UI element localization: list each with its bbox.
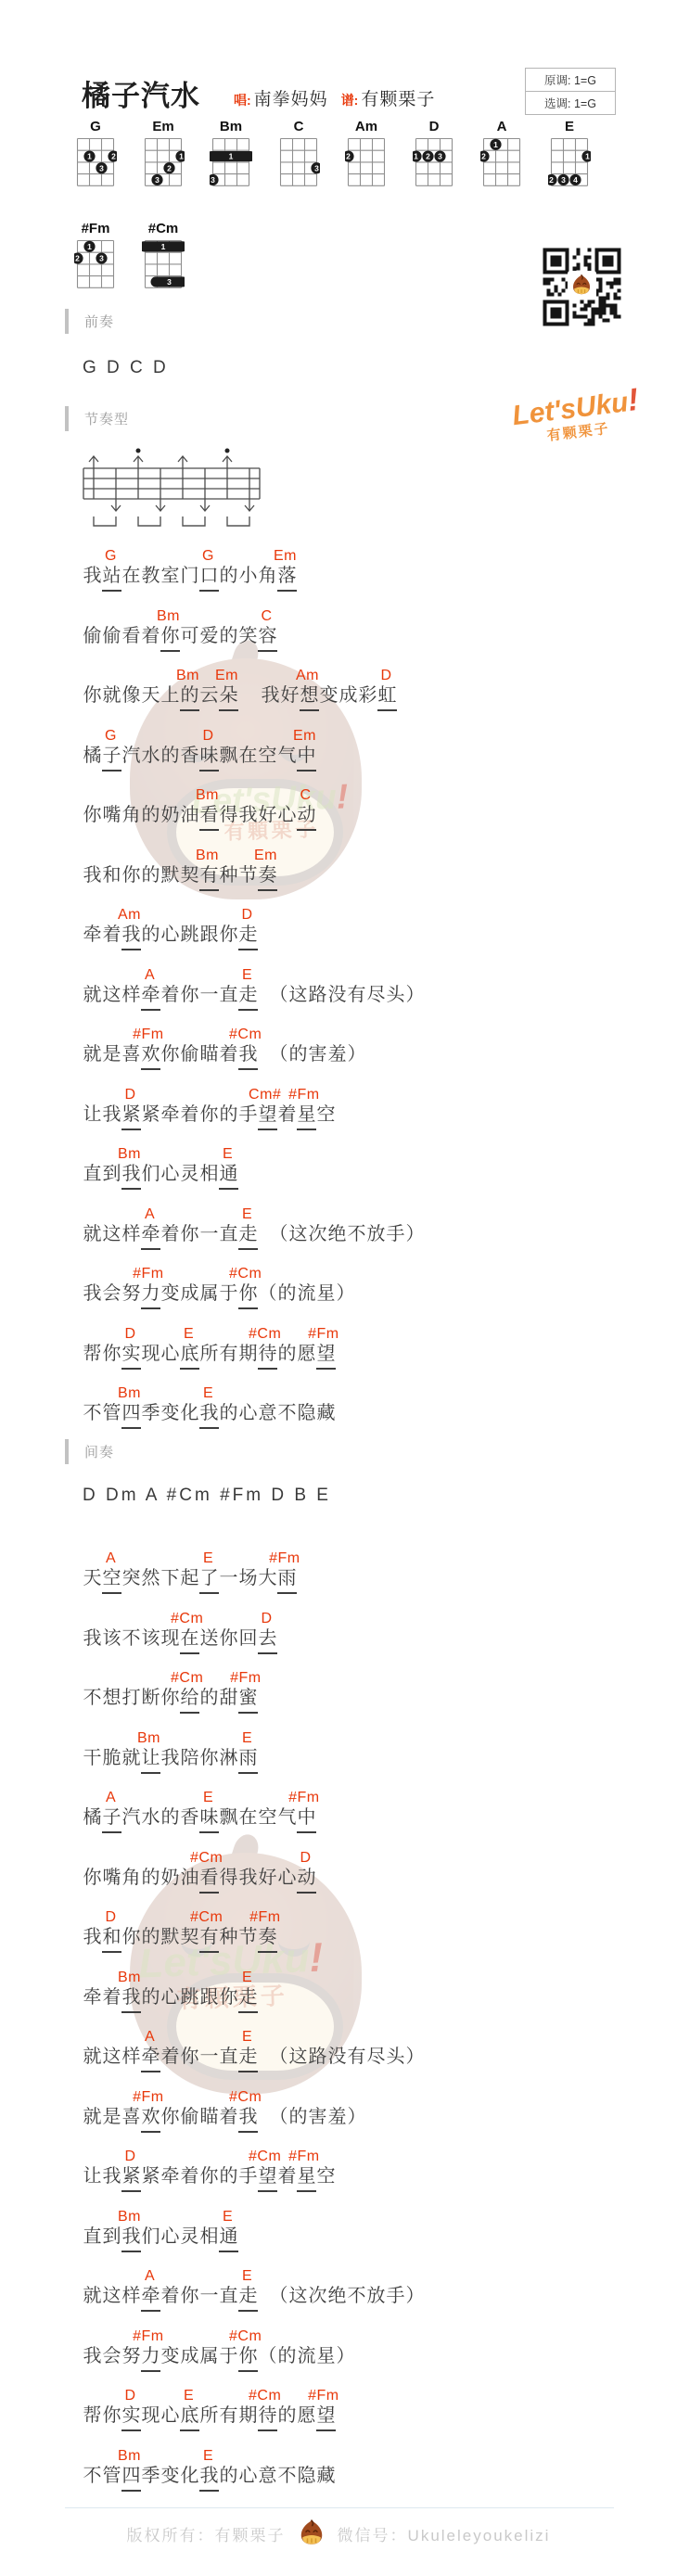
section-intro: 前奏 (65, 309, 114, 334)
lyric-char: 回 (238, 1627, 258, 1654)
section-bar (65, 406, 69, 431)
chord-label: G (105, 545, 117, 567)
lyric-char: 望#Fm (316, 1343, 336, 1370)
lyric-char: 味E (199, 1806, 219, 1833)
lyric-char: 路 (308, 984, 327, 1011)
lyric-line: 我站G在教室门口G的小角落Em (83, 542, 639, 603)
lyric-char: 的 (277, 1282, 297, 1309)
chord-label: Em (254, 845, 277, 867)
lyric-char: 藏 (316, 2465, 336, 2492)
lyric-char: 不 (83, 1687, 102, 1714)
lyric-char: 牵A (141, 984, 160, 1011)
lyric-line: 你就像天上的Bm云朵Em 我好想Am变成彩虹D (83, 662, 639, 722)
lyric-char: （ (269, 2285, 288, 2312)
lyric-char: 就 (83, 984, 102, 1011)
chord-label: Am (118, 904, 141, 926)
lyric-char: 门 (180, 565, 199, 592)
lyric-char: 有 (347, 2046, 366, 2072)
lyric-char: 在 (121, 565, 141, 592)
lyric-char: 你 (160, 2106, 180, 2133)
lyric-char: 让Bm (141, 1747, 160, 1774)
lyric-char: ） (336, 2345, 355, 2372)
lyric-char: 的 (141, 1926, 160, 1953)
svg-text:2: 2 (549, 175, 554, 185)
lyric-char: 我 (261, 684, 280, 711)
lyric-char: 气 (277, 745, 297, 772)
lyric-char: 油 (180, 804, 199, 831)
svg-text:2: 2 (346, 152, 351, 161)
lyric-char: 底E (180, 1343, 199, 1370)
chord-label: #Fm (288, 2146, 320, 2168)
lyric-char: 实D (121, 2404, 141, 2431)
lyric-char: 得 (219, 804, 238, 831)
lyric-char: 的 (141, 1986, 160, 2013)
lyric-char: 着 (219, 1043, 238, 1070)
lyric-char: 到 (102, 2225, 121, 2252)
lyric-char: 的 (141, 804, 160, 831)
chord-label: E (223, 2206, 233, 2228)
lyric-text: 橘子G汽水的香味D飘在空气中Em (83, 745, 316, 772)
lyric-char: 的 (288, 2106, 308, 2133)
lyric-char: 我 (83, 1627, 102, 1654)
lyric-char: 走E (238, 1986, 258, 2013)
lyric-text: 不管四Bm季变化我E的心意不隐藏 (83, 1402, 336, 1429)
lyric-char: 着 (160, 984, 180, 1011)
chord-name: E (548, 119, 591, 134)
lyric-char: 我 (238, 804, 258, 831)
lyric-char: 奏#Fm (258, 1926, 277, 1953)
lyric-char: 子A (102, 1806, 121, 1833)
lyric-char: 害 (308, 1043, 327, 1070)
lyric-line: 不管四Bm季变化我E的心意不隐藏 (83, 1380, 639, 1440)
lyric-text: 不管四Bm季变化我E的心意不隐藏 (83, 2465, 336, 2492)
lyric-char: 望#Cm (258, 2165, 277, 2192)
lyric-char: 着 (160, 2285, 180, 2312)
lyric-char: 我#Cm (238, 1043, 258, 1070)
lyric-char: 你Bm (160, 625, 180, 652)
lyric-char: 这 (102, 2285, 121, 2312)
lyric-text: 你就像天上的Bm云朵Em 我好想Am变成彩虹D (83, 684, 397, 711)
section-bar (65, 309, 69, 334)
lyric-char: （ (269, 1043, 288, 1070)
lyric-line: 就这样牵A着你一直走E （这路没有尽头） (83, 2023, 639, 2084)
lyric-char: 羞 (327, 1043, 347, 1070)
chord-label: D (381, 665, 392, 687)
lyric-char: 空 (316, 2165, 336, 2192)
lyric-char: 星#Fm (297, 2165, 316, 2192)
lyric-char: 我 (83, 1926, 102, 1953)
lyric-char: 成 (338, 684, 358, 711)
lyric-char: 帮 (83, 2404, 102, 2431)
lyric-char: 着 (160, 1223, 180, 1250)
lyric-char: 一 (199, 2046, 219, 2072)
lyric-char: 我 (83, 864, 102, 891)
lyric-char: 期 (238, 2404, 258, 2431)
chord-grid: 123 (74, 236, 117, 291)
lyrics-verse-1: 我站G在教室门口G的小角落Em偷偷看着你Bm可爱的笑容C你就像天上的Bm云朵Em… (83, 542, 639, 1440)
lyric-char: 着 (160, 2046, 180, 2072)
wechat-id: 微信号：Ukuleleyoukelizi (338, 2522, 551, 2545)
lyric-char: 天 (141, 684, 160, 711)
lyric-char: 实D (121, 1343, 141, 1370)
lyric-line: 直到我Bm们心灵相通E (83, 1141, 639, 1201)
lyric-char: （ (269, 2106, 288, 2133)
chord-label: D (125, 1323, 136, 1345)
lyric-char: 通E (219, 2225, 238, 2252)
qr-code (543, 248, 621, 326)
chord-label: E (203, 1787, 213, 1809)
interlude-chords: D Dm A #Cm #Fm D B E (83, 1486, 331, 1506)
lyric-char: 的 (277, 2404, 297, 2431)
lyric-char: 蜜#Fm (238, 1687, 258, 1714)
lyric-char: 星 (316, 2345, 336, 2372)
lyric-char: 跟 (199, 924, 219, 950)
chord-diagram-A: A12 (480, 119, 523, 194)
lyric-char: 次 (308, 1223, 327, 1250)
svg-text:2: 2 (481, 152, 486, 161)
lyric-char: 你 (180, 2046, 199, 2072)
lyric-char: 是 (102, 1043, 121, 1070)
lyric-char: 偷 (102, 625, 121, 652)
lyric-char: 管 (102, 2465, 121, 2492)
lyric-text: 帮你实D现心底E所有期待#Cm的愿望#Fm (83, 2404, 336, 2431)
lyric-text: 我和你的默契有Bm种节奏Em (83, 864, 277, 891)
lyric-char: 直 (219, 2046, 238, 2072)
chord-label: #Fm (308, 2385, 339, 2407)
lyric-char: 有Bm (199, 864, 219, 891)
lyric-char: 牵A (141, 1223, 160, 1250)
lyric-char: 室 (160, 565, 180, 592)
lyric-char: 汽 (121, 1806, 141, 1833)
chord-label: A (145, 2026, 155, 2048)
lyric-char: 直 (219, 984, 238, 1011)
lyric-text: 我会努力#Fm变成属于你#Cm（的流星） (83, 2345, 355, 2372)
chord-label: D (106, 1906, 117, 1929)
lyric-char: 小 (238, 565, 258, 592)
lyric-char: 力#Fm (141, 2345, 160, 2372)
lyric-char: 样 (121, 1223, 141, 1250)
lyric-char: 动C (297, 804, 316, 831)
lyric-char: 着 (219, 2106, 238, 2133)
chord-diagram-Am: Am2 (345, 119, 388, 194)
copyright-text: 版权所有：有颗栗子 (127, 2522, 286, 2545)
lyric-char: 的 (141, 1867, 160, 1894)
chord-label: #Fm (133, 1263, 164, 1285)
lyric-line: 直到我Bm们心灵相通E (83, 2203, 639, 2264)
lyric-char: 化 (180, 2465, 199, 2492)
lyric-char: 的 (219, 1103, 238, 1130)
lyric-char: 就 (83, 1043, 102, 1070)
chord-label: Bm (118, 2445, 141, 2468)
lyric-char: 你 (219, 924, 238, 950)
lyric-char: 你 (199, 1747, 219, 1774)
lyric-char: 管 (102, 1402, 121, 1429)
lyric-text: 牵着我Bm的心跳跟你走E (83, 1986, 258, 2013)
lyric-char: 的 (277, 1343, 297, 1370)
lyric-char: 努 (121, 2345, 141, 2372)
lyric-char: 看 (121, 625, 141, 652)
lyric-char: 心 (238, 1402, 258, 1429)
chord-name: D (413, 119, 455, 134)
lyric-char: 牵 (160, 2165, 180, 2192)
lyric-text: 让我紧D紧牵着你的手望Cm#着星#Fm空 (83, 1103, 336, 1130)
lyric-char: 飘 (219, 745, 238, 772)
lyric-char: 不 (277, 2465, 297, 2492)
chord-name: A (480, 119, 523, 134)
lyric-char: 这 (288, 984, 308, 1011)
lyric-char: 心 (160, 924, 180, 950)
svg-text:1: 1 (585, 152, 590, 161)
lyric-char: 着 (180, 1103, 199, 1130)
lyric-char: 直 (83, 1163, 102, 1190)
lyric-char: 打 (121, 1687, 141, 1714)
chord-label: #Fm (230, 1667, 262, 1690)
lyric-line: 你嘴角的奶油看#Cm得我好心动D (83, 1844, 639, 1905)
chord-label: Em (293, 725, 316, 747)
lyric-char: 口G (199, 565, 219, 592)
svg-text:3: 3 (167, 277, 172, 287)
section-interlude: 间奏 (65, 1439, 114, 1464)
lyric-char: 断 (141, 1687, 160, 1714)
lyric-char: 在 (238, 745, 258, 772)
lyric-char: 天 (83, 1567, 102, 1594)
lyric-char: 油 (180, 1867, 199, 1894)
lyric-char: 喜 (121, 2106, 141, 2133)
lyric-char: 意 (258, 1402, 277, 1429)
lyric-char: 我E (199, 1402, 219, 1429)
lyric-char: 默 (160, 864, 180, 891)
lyric-char: 望#Fm (316, 2404, 336, 2431)
lyric-char: 现 (160, 1627, 180, 1654)
lyric-char (258, 2106, 269, 2133)
lyric-char: 样 (121, 984, 141, 1011)
lyric-char: 橘 (83, 1806, 102, 1833)
lyric-char: 不 (347, 2285, 366, 2312)
chestnut-icon (298, 2519, 326, 2546)
singer-name: 南拳妈妈 (254, 85, 328, 110)
lyric-char: 变 (319, 684, 338, 711)
chord-label: #Fm (288, 1787, 320, 1809)
lyric-char: 尽 (366, 984, 386, 1011)
lyric-char: 所 (199, 2404, 219, 2431)
chord-label: D (203, 725, 214, 747)
lyric-char: 突 (121, 1567, 141, 1594)
chord-label: #Fm (133, 1024, 164, 1046)
selected-key: 选调: 1=G (526, 91, 615, 114)
lyric-char: 默 (160, 1926, 180, 1953)
lyric-char (238, 684, 249, 711)
lyric-char: 这 (102, 1223, 121, 1250)
lyric-char: 奏Em (258, 864, 277, 891)
lyric-char: 和D (102, 1926, 121, 1953)
section-rhythm-label: 节奏型 (84, 409, 129, 428)
section-bar (65, 1439, 69, 1464)
lyric-char: ） (405, 2046, 425, 2072)
lyric-char: 会 (102, 2345, 121, 2372)
lyric-char: 一 (199, 2285, 219, 2312)
lyric-char: 就 (83, 1223, 102, 1250)
chord-grid: 3 (277, 134, 320, 189)
chord-label: A (106, 1787, 116, 1809)
lyric-char: 的 (288, 1043, 308, 1070)
lyric-char: 季 (141, 1402, 160, 1429)
lyric-char: 手 (238, 2165, 258, 2192)
lyric-char: 走E (238, 1223, 258, 1250)
lyric-char: 你 (199, 2165, 219, 2192)
lyric-char: 望Cm# (258, 1103, 277, 1130)
lyric-line: 牵着我Bm的心跳跟你走E (83, 1964, 639, 2024)
lyric-line: 就是喜欢#Fm你偷瞄着我#Cm （的害羞） (83, 1021, 639, 1081)
section-rhythm: 节奏型 (65, 406, 129, 431)
lyric-char: 香 (180, 1806, 199, 1833)
lyric-char: 种 (219, 864, 238, 891)
lyric-char: 的 (199, 1687, 219, 1714)
lyric-line: 你嘴角的奶油看Bm得我好心动C (83, 782, 639, 842)
lyric-char: 不 (121, 1627, 141, 1654)
section-interlude-label: 间奏 (84, 1442, 114, 1461)
lyric-char: 空 (258, 745, 277, 772)
lyric-line: 不想打断你给#Cm的甜蜜#Fm (83, 1664, 639, 1725)
lyric-char: 你 (121, 1926, 141, 1953)
lyric-text: 偷偷看着你Bm可爱的笑容C (83, 625, 277, 652)
chord-label: Em (274, 545, 297, 567)
lyric-char: 让 (83, 1103, 102, 1130)
lyric-char: 我Am (121, 924, 141, 950)
lyric-char: 站G (102, 565, 121, 592)
lyric-char: 看#Cm (199, 1867, 219, 1894)
lyric-char: 相 (199, 2225, 219, 2252)
lyric-line: 就这样牵A着你一直走E （这路没有尽头） (83, 962, 639, 1022)
lyric-char: 直 (219, 2285, 238, 2312)
chord-diagram-E: E1234 (548, 119, 591, 194)
lyric-char: 爱 (199, 625, 219, 652)
lyric-char: 看Bm (199, 804, 219, 831)
lyric-char: 瞄 (199, 2106, 219, 2133)
chestnut-icon (570, 274, 593, 296)
lyric-char: 化 (180, 1402, 199, 1429)
lyric-char: 成 (180, 1282, 199, 1309)
chord-label: G (105, 725, 117, 747)
lyric-char: 次 (308, 2285, 327, 2312)
lyric-char: 心 (160, 1343, 180, 1370)
lyric-line: 我会努力#Fm变成属于你#Cm（的流星） (83, 1260, 639, 1320)
lyric-char: 着 (277, 1103, 297, 1130)
lyric-char: 香 (180, 745, 199, 772)
svg-text:1: 1 (179, 152, 184, 161)
lyric-char: 的 (219, 1402, 238, 1429)
lyric-char: 心 (277, 804, 297, 831)
lyric-char: 紧D (121, 1103, 141, 1130)
lyric-char: 走D (238, 924, 258, 950)
lyric-char: 们 (141, 1163, 160, 1190)
lyric-char: 走E (238, 984, 258, 1011)
lyric-char: 直 (83, 2225, 102, 2252)
brand-logo-watermark: Let'sUku! 有颗栗子 (510, 382, 643, 449)
svg-text:3: 3 (99, 254, 104, 263)
lyric-char: 像 (121, 684, 141, 711)
chord-label: D (300, 1847, 312, 1869)
lyric-text: 橘子A汽水的香味E飘在空气中#Fm (83, 1806, 316, 1833)
footer-divider (65, 2507, 614, 2508)
lyric-char: 想Am (300, 684, 319, 711)
lyric-char: 偷 (83, 625, 102, 652)
lyric-char: 放 (366, 1223, 386, 1250)
lyric-char: 在 (238, 1806, 258, 1833)
lyric-char: 手 (386, 1223, 405, 1250)
lyric-char: 变 (160, 2465, 180, 2492)
lyric-char: 子G (102, 745, 121, 772)
chord-label: #Fm (133, 2326, 164, 2348)
lyric-char: 该 (102, 1627, 121, 1654)
lyric-char: 就 (83, 2106, 102, 2133)
lyric-line: 让我紧D紧牵着你的手望#Cm着星#Fm空 (83, 2143, 639, 2203)
chord-label: A (145, 1204, 155, 1226)
lyric-char: 牵 (160, 1103, 180, 1130)
lyric-char: 期 (238, 1343, 258, 1370)
key-box: 原调: 1=G 选调: 1=G (525, 68, 616, 115)
lyric-char: 喜 (121, 1043, 141, 1070)
lyric-char: 会 (102, 1282, 121, 1309)
lyric-char: 着 (102, 1986, 121, 2013)
lyric-line: 我和D你的默契有#Cm种节奏#Fm (83, 1904, 639, 1964)
lyric-char: 四Bm (121, 2465, 141, 2492)
lyric-text: 我和D你的默契有#Cm种节奏#Fm (83, 1926, 277, 1953)
lyric-char: 彩 (358, 684, 377, 711)
lyric-char: 雨E (238, 1747, 258, 1774)
chord-diagram-#Cm: #Cm13 (142, 221, 185, 296)
lyric-char: 不 (83, 1402, 102, 1429)
lyric-char (258, 1043, 269, 1070)
chord-label: C (300, 784, 312, 807)
svg-text:1: 1 (414, 152, 418, 161)
lyric-char: 你 (83, 684, 102, 711)
lyric-line: 天空A突然下起了E一场大雨#Fm (83, 1545, 639, 1605)
chord-label: E (242, 1728, 252, 1750)
lyric-char (249, 684, 261, 711)
lyric-char: 种 (219, 1926, 238, 1953)
lyric-char: 你 (83, 1867, 102, 1894)
lyric-char: 虹D (377, 684, 397, 711)
chord-label: #Fm (308, 1323, 339, 1345)
lyric-text: 干脆就让Bm我陪你淋雨E (83, 1747, 258, 1774)
lyric-char: 欢#Fm (141, 2106, 160, 2133)
lyric-char: 心 (277, 1867, 297, 1894)
lyric-char: 有#Cm (199, 1926, 219, 1953)
lyric-char: 我Bm (121, 1986, 141, 2013)
lyric-char: 是 (102, 2106, 121, 2133)
lyric-char: 的 (141, 864, 160, 891)
lyric-char: 就 (83, 2285, 102, 2312)
lyric-char: 不 (83, 2465, 102, 2492)
lyric-text: 天空A突然下起了E一场大雨#Fm (83, 1567, 297, 1594)
lyric-char: 一 (219, 1567, 238, 1594)
lyric-char: 绝 (327, 2285, 347, 2312)
lyric-char: 这 (102, 2046, 121, 2072)
chord-grid: 13 (142, 236, 185, 291)
lyric-char: 头 (386, 984, 405, 1011)
lyric-char: 紧 (141, 1103, 160, 1130)
svg-text:3: 3 (99, 163, 104, 172)
chord-label: #Fm (249, 1906, 281, 1929)
lyric-char: 心 (238, 2465, 258, 2492)
lyric-line: 橘子A汽水的香味E飘在空气中#Fm (83, 1784, 639, 1844)
lyric-char: 一 (199, 984, 219, 1011)
chord-label: E (242, 2265, 252, 2288)
chord-diagram-#Fm: #Fm123 (74, 221, 117, 296)
lyric-char: 害 (308, 2106, 327, 2133)
lyric-char: 大 (258, 1567, 277, 1594)
lyric-char: 心 (160, 2404, 180, 2431)
